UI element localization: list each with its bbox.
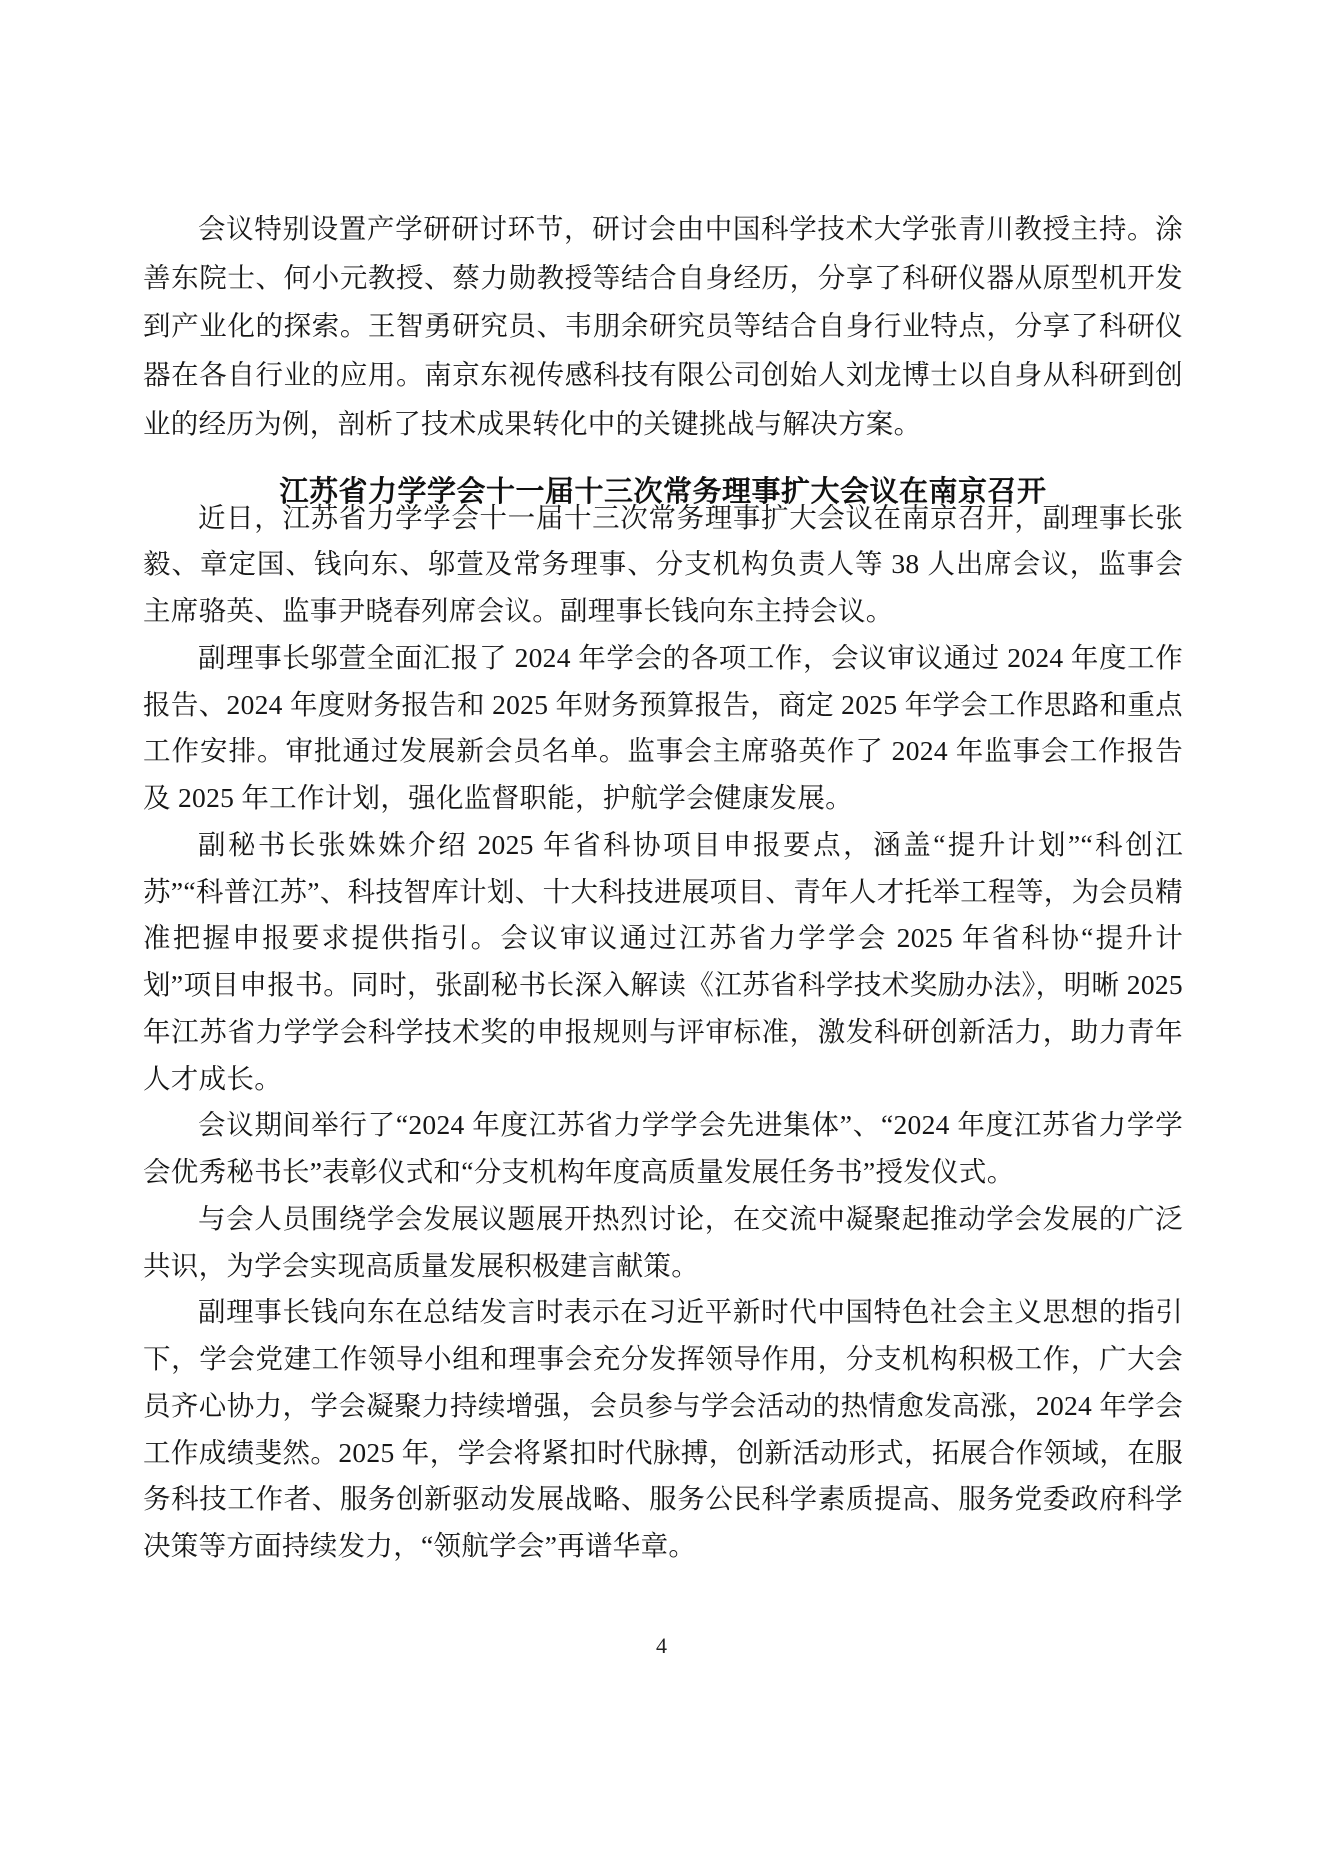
page-number: 4 [0,1630,1323,1662]
article-paragraph-4: 会议期间举行了“2024 年度江苏省力学学会先进集体”、“2024 年度江苏省力… [143,1102,1183,1196]
intro-paragraph: 会议特别设置产学研研讨环节，研讨会由中国科学技术大学张青川教授主持。涂善东院士、… [143,205,1183,449]
intro-section: 会议特别设置产学研研讨环节，研讨会由中国科学技术大学张青川教授主持。涂善东院士、… [143,205,1183,449]
article-paragraph-6: 副理事长钱向东在总结发言时表示在习近平新时代中国特色社会主义思想的指引下，学会党… [143,1289,1183,1570]
article-paragraph-3: 副秘书长张姝姝介绍 2025 年省科协项目申报要点，涵盖“提升计划”“科创江苏”… [143,822,1183,1103]
article-paragraph-5: 与会人员围绕学会发展议题展开热烈讨论，在交流中凝聚起推动学会发展的广泛共识，为学… [143,1196,1183,1290]
article-body: 近日，江苏省力学学会十一届十三次常务理事扩大会议在南京召开，副理事长张毅、章定国… [143,495,1183,1570]
article-paragraph-2: 副理事长邬萱全面汇报了 2024 年学会的各项工作，会议审议通过 2024 年度… [143,635,1183,822]
document-page: 会议特别设置产学研研讨环节，研讨会由中国科学技术大学张青川教授主持。涂善东院士、… [0,0,1323,1871]
article-paragraph-1: 近日，江苏省力学学会十一届十三次常务理事扩大会议在南京召开，副理事长张毅、章定国… [143,495,1183,635]
